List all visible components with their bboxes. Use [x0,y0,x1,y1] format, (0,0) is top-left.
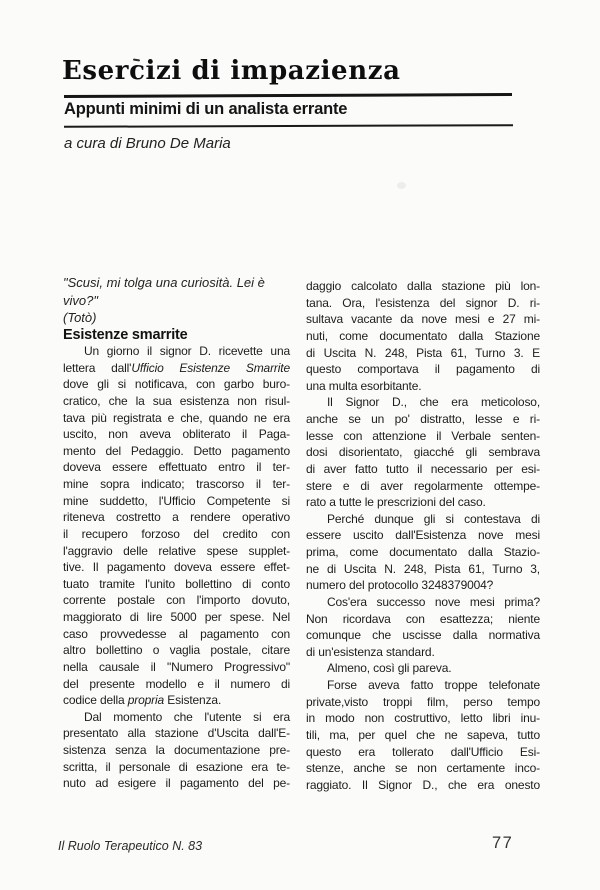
text-line: doveva essere effettuato entro il ter- [63,459,290,476]
text-line: nella causale il "Numero Progressivo" [63,659,290,676]
text-line: prima, come documentato dalla Stazio- [306,544,540,561]
horizontal-rule-top [64,93,512,98]
scan-speck [397,182,406,189]
text-line: essere uscito dall'Esistenza nove mesi [306,527,540,544]
text-line: caso provvedesse al pagamento con [63,626,290,643]
text-line: di aver fatto tutto il necessario per es… [306,461,540,478]
text-line: una multa esorbitante. [306,378,540,395]
text-line: Cos'era successo nove mesi prima? [306,594,540,611]
text-line: dove gli si notificava, con garbo buro- [63,376,290,393]
text-line: maggiorato di lire 5000 per spese. Nel [63,609,290,626]
text-line: anche se un po' distratto, lesse e ri- [306,411,540,428]
text-line: in modo non costruttivo, letto libri inu… [306,710,540,727]
text-line: lettera dall'Ufficio Esistenze Smarrite [63,360,290,377]
text-line: Perché dunque gli si contestava di [306,511,540,528]
page-title: Esercizi di impazienza [62,56,401,86]
footer-page-number: 77 [492,834,513,853]
text-line: l'aggravio delle relative spese supplet- [63,543,290,560]
text-line: Il Signor D., che era meticoloso, [306,394,540,411]
text-line: lesse con attenzione il Verbale senten- [306,428,540,445]
text-line: daggio calcolato dalla stazione più lon- [306,278,540,295]
text-line: stenze, anche se non certamente inco- [306,760,540,777]
right-column-body: daggio calcolato dalla stazione più lon-… [306,278,540,793]
text-line: ne di Uscita N. 248, Pista 61, Turno 3, [306,561,540,578]
text-line: mento del Pedaggio. Detto pagamento [63,443,290,460]
text-line: numero del protocollo 3248379004? [306,577,540,594]
text-line: altro bollettino o vaglia postale, citar… [63,642,290,659]
text-line: questo comportava il pagamento di [306,361,540,378]
text-line: tuato tramite l'unito bollettino di cont… [63,576,290,593]
scanned-document-page: Esercizi di impazienza Appunti minimi di… [0,0,600,890]
text-line: scritta, il personale di esazione era te… [63,759,290,776]
text-line: comunque che uscisse dalla normativa [306,627,540,644]
byline: a cura di Bruno De Maria [64,135,231,152]
text-line: nuto ad esigere il pagamento del pe- [63,775,290,792]
epigraph-quote-attribution: (Totò) [63,309,293,327]
left-column-body: Un giorno il signor D. ricevette unalett… [63,343,290,792]
text-line: tava più registrata e che, quando ne era [63,410,290,427]
text-line: Forse aveva fatto troppe telefonate [306,677,540,694]
text-line: del presente modello e il numero di [63,676,290,693]
text-line: di Uscita N. 248, Pista 61, Turno 3. E [306,345,540,362]
text-line: tili, ma, per quel che ne sapeva, tutto [306,727,540,744]
page-subtitle: Appunti minimi di un analista errante [64,100,347,119]
text-line: Dal momento che l'utente si era [63,709,290,726]
epigraph-quote: "Scusi, mi tolga una curiosità. Lei è vi… [63,274,293,327]
text-line: rato a tutte le prescrizioni del caso. [306,494,540,511]
text-line: cratico, che la sua esistenza non risul- [63,393,290,410]
text-line: private,visto troppi film, perso tempo [306,694,540,711]
text-line: nuti, come documentato dalla Stazione [306,328,540,345]
text-line: uscito, non aveva obliterato il Paga- [63,426,290,443]
text-line: presentato alla stazione d'Uscita dall'E… [63,725,290,742]
text-line: raggiato. Il Signor D., che era onesto [306,777,540,794]
text-line: stere e di aver regolarmente ottempe- [306,478,540,495]
text-line: il recupero forzoso del credito con [63,526,290,543]
horizontal-rule-bottom [64,124,513,127]
text-line: questo era tollerato dall'Ufficio Esi- [306,744,540,761]
text-line: di un'esistenza standard. [306,644,540,661]
section-heading: Esistenze smarrite [63,327,188,343]
text-line: sistenza senza la documentazione pre- [63,742,290,759]
text-line: corrente postale con l'importo dovuto, [63,592,290,609]
text-line: Un giorno il signor D. ricevette una [63,343,290,360]
text-line: mine suddetto, l'Ufficio Competente si [63,493,290,510]
footer-journal-title: Il Ruolo Terapeutico N. 83 [58,839,202,853]
text-line: riteneva costretto a rendere operativo [63,509,290,526]
text-line: sultava vacante da nove mesi e 27 mi- [306,311,540,328]
text-line: Non ricordava con esattezza; niente [306,611,540,628]
text-line: codice della propria Esistenza. [63,692,290,709]
text-line: mine sopra indicato; trascorso il ter- [63,476,290,493]
epigraph-quote-text: "Scusi, mi tolga una curiosità. Lei è vi… [63,274,293,309]
text-line: dosi disorientato, giacché gli sembrava [306,444,540,461]
text-line: tana. Ora, l'esistenza del signor D. ri- [306,295,540,312]
text-line: Almeno, così gli pareva. [306,660,540,677]
text-line: tive. Il pagamento doveva essere effet- [63,559,290,576]
